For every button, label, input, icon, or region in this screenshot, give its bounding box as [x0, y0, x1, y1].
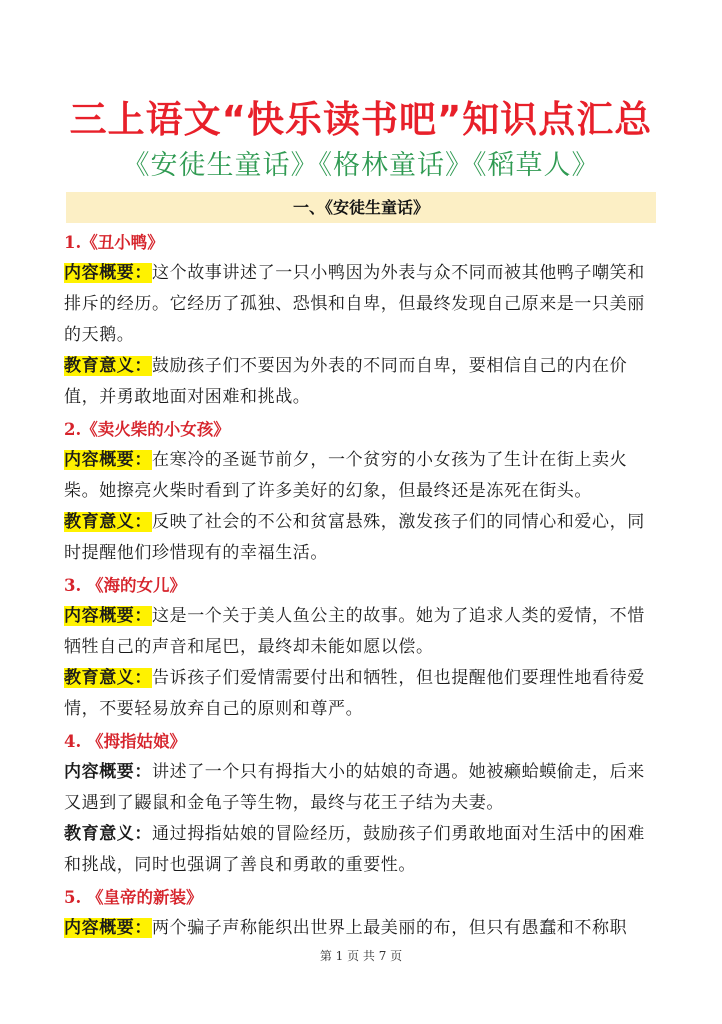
- meaning-label: 教育意义：: [64, 824, 152, 844]
- story-item: 4. 《拇指姑娘》 内容概要：讲述了一个只有拇指大小的姑娘的奇遇。她被癞蛤蟆偷走…: [64, 727, 660, 881]
- story-meaning: 教育意义：通过拇指姑娘的冒险经历，鼓励孩子们勇敢地面对生活中的困难和挑战，同时也…: [64, 819, 660, 881]
- document-subtitle: 《安徒生童话》《格林童话》《稻草人》: [0, 146, 722, 186]
- summary-label: 内容概要：: [64, 918, 152, 938]
- document-title: 三上语文“快乐读书吧”知识点汇总: [0, 96, 722, 144]
- meaning-text: 告诉孩子们爱情需要付出和牺牲，但也提醒他们要理性地看待爱情，不要轻易放弃自己的原…: [64, 668, 645, 719]
- story-list: 1.《丑小鸭》 内容概要：这个故事讲述了一只小鸭因为外表与众不同而被其他鸭子嘲笑…: [64, 228, 660, 946]
- story-item: 1.《丑小鸭》 内容概要：这个故事讲述了一只小鸭因为外表与众不同而被其他鸭子嘲笑…: [64, 228, 660, 413]
- summary-label: 内容概要：: [64, 263, 152, 283]
- story-title: 4. 《拇指姑娘》: [64, 727, 660, 757]
- story-meaning: 教育意义：告诉孩子们爱情需要付出和牺牲，但也提醒他们要理性地看待爱情，不要轻易放…: [64, 663, 660, 725]
- section-heading-banner: 一、《安徒生童话》: [66, 192, 656, 223]
- page-footer: 第 1 页 共 7 页: [0, 947, 722, 964]
- story-item: 5. 《皇帝的新装》 内容概要：两个骗子声称能织出世界上最美丽的布，但只有愚蠢和…: [64, 883, 660, 944]
- story-summary: 内容概要：两个骗子声称能织出世界上最美丽的布，但只有愚蠢和不称职: [64, 913, 660, 944]
- story-summary: 内容概要：在寒冷的圣诞节前夕，一个贫穷的小女孩为了生计在街上卖火柴。她擦亮火柴时…: [64, 445, 660, 507]
- summary-label: 内容概要：: [64, 450, 152, 470]
- summary-text: 两个骗子声称能织出世界上最美丽的布，但只有愚蠢和不称职: [152, 918, 627, 938]
- story-title: 5. 《皇帝的新装》: [64, 883, 660, 913]
- meaning-label: 教育意义：: [64, 356, 152, 376]
- summary-text: 讲述了一个只有拇指大小的姑娘的奇遇。她被癞蛤蟆偷走，后来又遇到了鼹鼠和金龟子等生…: [64, 762, 645, 813]
- meaning-text: 通过拇指姑娘的冒险经历，鼓励孩子们勇敢地面对生活中的困难和挑战，同时也强调了善良…: [64, 824, 645, 875]
- story-title: 2.《卖火柴的小女孩》: [64, 415, 660, 445]
- summary-label: 内容概要：: [64, 606, 152, 626]
- story-item: 3. 《海的女儿》 内容概要：这是一个关于美人鱼公主的故事。她为了追求人类的爱情…: [64, 571, 660, 725]
- summary-label: 内容概要：: [64, 762, 152, 782]
- story-title: 3. 《海的女儿》: [64, 571, 660, 601]
- story-item: 2.《卖火柴的小女孩》 内容概要：在寒冷的圣诞节前夕，一个贫穷的小女孩为了生计在…: [64, 415, 660, 569]
- story-meaning: 教育意义：鼓励孩子们不要因为外表的不同而自卑，要相信自己的内在价值，并勇敢地面对…: [64, 351, 660, 413]
- story-summary: 内容概要：这是一个关于美人鱼公主的故事。她为了追求人类的爱情，不惜牺牲自己的声音…: [64, 601, 660, 663]
- meaning-label: 教育意义：: [64, 668, 152, 688]
- summary-text: 这个故事讲述了一只小鸭因为外表与众不同而被其他鸭子嘲笑和排斥的经历。它经历了孤独…: [64, 263, 645, 345]
- meaning-label: 教育意义：: [64, 512, 152, 532]
- story-summary: 内容概要：讲述了一个只有拇指大小的姑娘的奇遇。她被癞蛤蟆偷走，后来又遇到了鼹鼠和…: [64, 757, 660, 819]
- story-title: 1.《丑小鸭》: [64, 228, 660, 258]
- meaning-text: 反映了社会的不公和贫富悬殊，激发孩子们的同情心和爱心，同时提醒他们珍惜现有的幸福…: [64, 512, 645, 563]
- story-meaning: 教育意义：反映了社会的不公和贫富悬殊，激发孩子们的同情心和爱心，同时提醒他们珍惜…: [64, 507, 660, 569]
- summary-text: 这是一个关于美人鱼公主的故事。她为了追求人类的爱情，不惜牺牲自己的声音和尾巴，最…: [64, 606, 645, 657]
- story-summary: 内容概要：这个故事讲述了一只小鸭因为外表与众不同而被其他鸭子嘲笑和排斥的经历。它…: [64, 258, 660, 351]
